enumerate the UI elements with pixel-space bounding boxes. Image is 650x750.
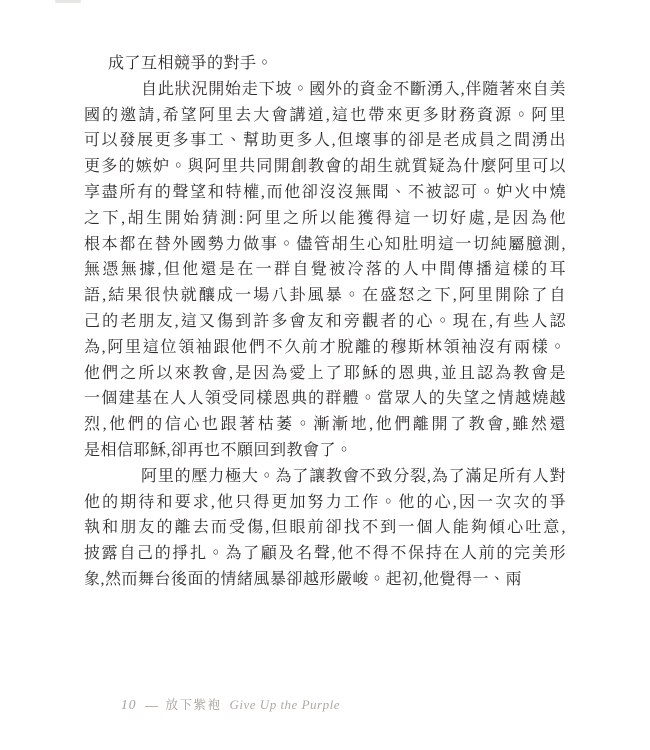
book-page: 成了互相競爭的對手。自此狀況開始走下坡。國外的資金不斷湧入,伴隨著來自美國的邀請… [0, 0, 650, 750]
text-line: 無憑無據,但他還是在一群自覺被冷落的人中間傳播這樣的耳 [84, 257, 566, 283]
text-line: 一個建基在人人領受同樣恩典的群體。當眾人的失望之情越燒越 [84, 386, 566, 412]
text-line: 阿里的壓力極大。為了讓教會不致分裂,為了滿足所有人對 [84, 464, 566, 490]
page-footer: 10 放下紫袍 Give Up the Purple [121, 695, 340, 713]
page-number: 10 [121, 697, 137, 713]
text-line: 為,阿里這位領袖跟他們不久前才脫離的穆斯林領袖沒有兩樣。 [84, 335, 566, 361]
text-line: 己的老朋友,這又傷到許多會友和旁觀者的心。現在,有些人認 [84, 309, 566, 335]
text-line: 語,結果很快就釀成一場八卦風暴。在盛怒之下,阿里開除了自 [84, 283, 566, 309]
text-line: 國的邀請,希望阿里去大會講道,這也帶來更多財務資源。阿里 [84, 103, 566, 129]
text-line: 象,然而舞台後面的情緒風暴卻越形嚴峻。起初,他覺得一、兩 [84, 567, 566, 593]
text-line: 是相信耶穌,卻再也不願回到教會了。 [84, 438, 566, 464]
book-title-english: Give Up the Purple [230, 697, 340, 713]
text-line: 披露自己的掙扎。為了顧及名聲,他不得不保持在人前的完美形 [84, 541, 566, 567]
text-line: 執和朋友的離去而受傷,但眼前卻找不到一個人能夠傾心吐意, [84, 515, 566, 541]
text-line: 享盡所有的聲望和特權,而他卻沒沒無聞、不被認可。妒火中燒 [84, 180, 566, 206]
text-line: 成了互相競爭的對手。 [84, 51, 566, 77]
footer-separator [145, 706, 158, 708]
text-line: 他的期待和要求,他只得更加努力工作。他的心,因一次次的爭 [84, 490, 566, 516]
book-title-chinese: 放下紫袍 [166, 695, 222, 713]
text-line: 更多的嫉妒。與阿里共同開創教會的胡生就質疑為什麼阿里可以 [84, 154, 566, 180]
text-line: 自此狀況開始走下坡。國外的資金不斷湧入,伴隨著來自美 [84, 77, 566, 103]
text-line: 根本都在替外國勢力做事。儘管胡生心知肚明這一切純屬臆測, [84, 232, 566, 258]
text-line: 他們之所以來教會,是因為愛上了耶穌的恩典,並且認為教會是 [84, 361, 566, 387]
text-line: 之下,胡生開始猜測:阿里之所以能獲得這一切好處,是因為他 [84, 206, 566, 232]
scan-artifact [55, 0, 81, 3]
body-text: 成了互相競爭的對手。自此狀況開始走下坡。國外的資金不斷湧入,伴隨著來自美國的邀請… [84, 51, 566, 593]
text-line: 烈,他們的信心也跟著枯萎。漸漸地,他們離開了教會,雖然還 [84, 412, 566, 438]
text-line: 可以發展更多事工、幫助更多人,但壞事的卻是老成員之間湧出 [84, 128, 566, 154]
